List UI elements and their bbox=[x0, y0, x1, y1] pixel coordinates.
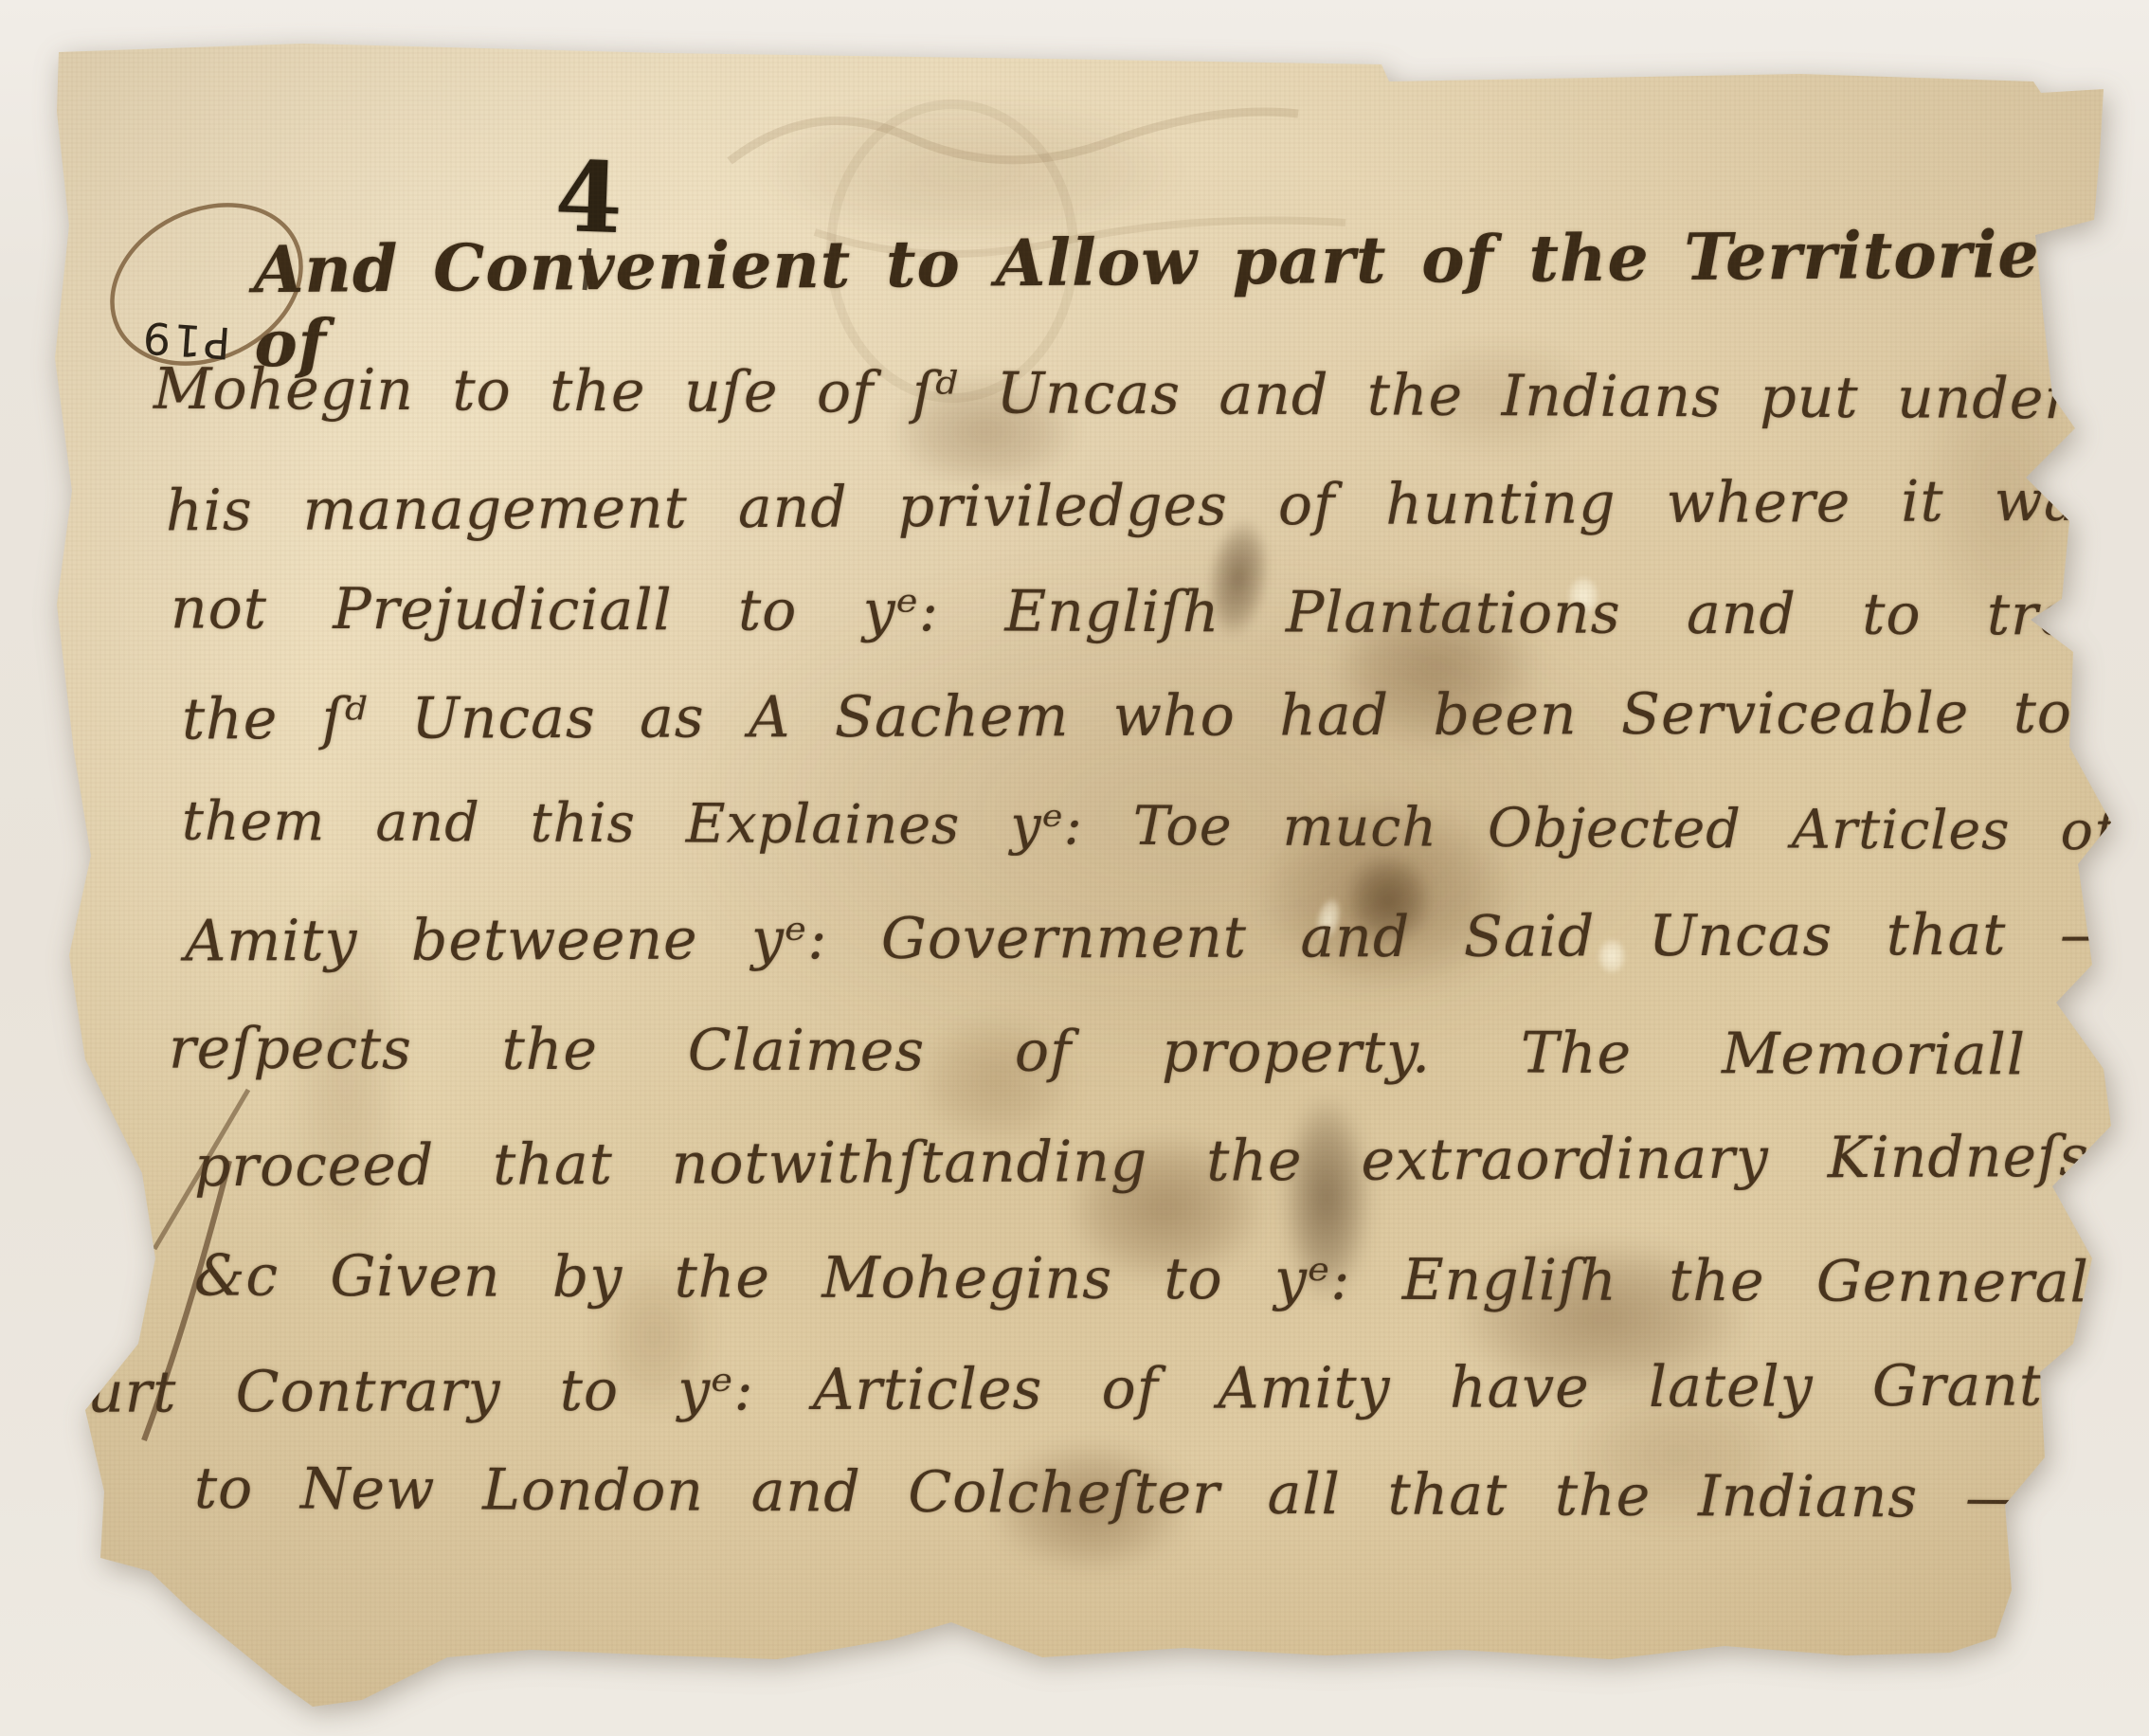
manuscript-line-12: to New London and Colcheſter all that th… bbox=[194, 1456, 2023, 1531]
paper-hole bbox=[1562, 569, 1605, 624]
paper-shadow-wrap: 4 P19 And Convenient to Allow part of th… bbox=[0, 0, 2149, 1736]
page-number-tail-stroke bbox=[585, 248, 589, 290]
manuscript-line-8: reſpects the Claimes of property. The Me… bbox=[169, 1017, 2026, 1089]
ink-bleed-stain bbox=[881, 986, 1109, 1175]
ink-bleed-stain bbox=[1516, 1346, 1838, 1564]
ghost-bleedthrough-stroke bbox=[815, 221, 1345, 254]
ink-blot-stain bbox=[1327, 834, 1450, 967]
paper-hole bbox=[1592, 931, 1632, 981]
foxing-stain bbox=[1886, 265, 2122, 711]
ink-bleed-stain bbox=[569, 1222, 739, 1450]
manuscript-page: 4 P19 And Convenient to Allow part of th… bbox=[0, 0, 2149, 1736]
ink-bleed-stain bbox=[853, 351, 1118, 512]
ink-smear-stain bbox=[1265, 1052, 1388, 1346]
manuscript-line-10: &c Given by the Mohegins to yᵉ: Engliſh … bbox=[194, 1243, 2108, 1315]
manuscript-line-2: Mohegin to the uſe of ſᵈ Uncas and the I… bbox=[153, 357, 2072, 433]
page-number: 4 bbox=[553, 149, 624, 247]
manuscript-line-11: urt Contrary to yᵉ: Articles of Amity ha… bbox=[87, 1353, 2115, 1425]
manuscript-line-1: And Convenient to Allow part of the Terr… bbox=[253, 218, 2040, 382]
ghost-bleedthrough-loop bbox=[831, 104, 1074, 398]
archival-mark-upside-down: P19 bbox=[139, 316, 232, 366]
ink-bleed-stain bbox=[948, 1412, 1232, 1601]
ink-bleed-stain bbox=[1289, 554, 1582, 782]
manuscript-line-9: proceed that notwithſtanding the extraor… bbox=[194, 1125, 2089, 1200]
ink-bleed-stain bbox=[663, 66, 1270, 275]
manuscript-line-3: his management and priviledges of huntin… bbox=[166, 469, 2099, 545]
ink-smear-stain bbox=[1184, 488, 1292, 669]
ink-bleed-stain bbox=[1393, 1203, 1810, 1431]
ink-bleed-stain bbox=[1203, 758, 1573, 1033]
manuscript-photograph: 4 P19 And Convenient to Allow part of th… bbox=[0, 0, 2149, 1736]
opening-flourish-loop bbox=[85, 174, 327, 393]
descender-flourish-stroke bbox=[154, 1090, 248, 1249]
manuscript-line-5: the ſᵈ Uncas as A Sachem who had been Se… bbox=[182, 681, 2072, 753]
ink-bleed-stain bbox=[1355, 313, 1639, 483]
foxing-stain bbox=[270, 805, 422, 1346]
age-toning-stain bbox=[474, 455, 1895, 1175]
manuscript-line-7: Amity betweene yᵉ: Government and Said U… bbox=[185, 902, 2118, 974]
manuscript-line-4: not Prejudiciall to yᵉ: Engliſh Plantati… bbox=[171, 576, 2108, 648]
ghost-bleedthrough-stroke bbox=[730, 112, 1298, 161]
pen-flourishes bbox=[0, 0, 2149, 1736]
manuscript-line-6: them and this Explaines yᵉ: Toe much Obj… bbox=[182, 791, 2115, 863]
descender-flourish-stroke bbox=[144, 1161, 229, 1440]
ink-bleed-stain bbox=[1023, 1099, 1308, 1317]
paper-hole bbox=[1306, 886, 1351, 952]
